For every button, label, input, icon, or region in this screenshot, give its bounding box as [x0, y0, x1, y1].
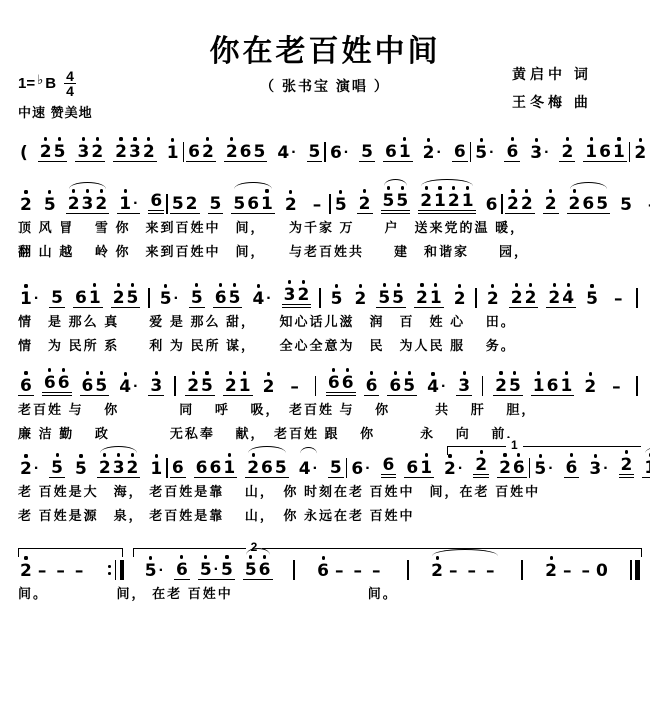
note-group: 4· [297, 454, 320, 478]
octave-dot [425, 186, 428, 189]
octave-dot [243, 371, 246, 374]
octave-dot [335, 284, 338, 287]
note-digit: 6 [240, 143, 252, 161]
thin-bar [521, 560, 523, 580]
note-digit: 1 [150, 460, 162, 478]
note: 6 [209, 453, 223, 477]
note: 6 [384, 137, 398, 161]
note-group: 6 [484, 190, 500, 214]
note: 2 [19, 190, 33, 214]
measure: 622654·5 [186, 137, 322, 162]
octave-dot [229, 371, 232, 374]
note: 2 [201, 137, 215, 161]
octave-dot [458, 284, 461, 287]
octave-dot [566, 137, 569, 140]
note: 5 [220, 555, 234, 579]
note-digit: 5 [229, 289, 241, 307]
note-digit: 1 [430, 289, 442, 307]
note: 6 [43, 368, 57, 392]
thin-bar [636, 288, 638, 308]
note: 5 [391, 283, 405, 307]
octave-dot [86, 189, 89, 192]
note: 2 [544, 189, 558, 213]
note: 5 [395, 186, 409, 210]
note-digit: 2 [187, 377, 199, 395]
octave-dot [41, 556, 44, 559]
note-digit: 2 [548, 289, 560, 307]
barline [519, 560, 525, 580]
note-group: 3· [587, 454, 610, 478]
measure: 5·65·556 [143, 555, 273, 580]
note-digit: 3 [589, 460, 601, 478]
note: 2 [224, 371, 238, 395]
note-group: 5 [618, 190, 634, 214]
octave-dot [535, 138, 538, 141]
note: 2 [419, 186, 433, 210]
note-digit: 1 [89, 289, 101, 307]
note-digit: 2 [431, 562, 443, 580]
measure: 6·5612·6 [328, 137, 468, 162]
octave-dot [103, 453, 106, 456]
note-digit: 2 [91, 143, 103, 161]
note: 6 [388, 371, 402, 395]
note-group: – [284, 372, 305, 396]
octave-dot [313, 137, 316, 140]
note-digit: 5 [586, 290, 598, 308]
note: 5 [144, 556, 158, 580]
octave-dot [411, 453, 414, 456]
note: 2 [633, 138, 647, 162]
note-digit: 6 [330, 144, 342, 162]
note: 2 [544, 556, 558, 580]
note: 2 [520, 189, 534, 213]
octave-dot [584, 556, 587, 559]
note-group: 6· [328, 138, 351, 162]
note-digit: 6 [454, 143, 466, 161]
note-digit: 2 [297, 286, 309, 304]
note: 5 [402, 371, 416, 395]
note: 2 [583, 372, 597, 396]
octave-dot [431, 372, 434, 375]
note: 5 [329, 453, 343, 477]
octave-dot [322, 556, 325, 559]
note-group: 6––– [315, 556, 386, 580]
octave-dot [589, 372, 592, 375]
octave-dot [339, 190, 342, 193]
note-digit: 6 [513, 459, 525, 477]
note-group: 65 [213, 283, 243, 308]
octave-dot [302, 280, 305, 283]
note-group: 6 [170, 453, 186, 478]
augmentation-dot: · [440, 380, 447, 396]
note: – [55, 556, 66, 580]
note-group: 5 [42, 190, 58, 214]
note-digit: 5 [245, 561, 257, 579]
note-group: 3· [528, 138, 551, 162]
repeat-dots [108, 565, 111, 575]
note: 2 [486, 284, 500, 308]
note: 1 [433, 186, 447, 210]
note-group: 3 [456, 371, 472, 396]
barline [634, 288, 640, 308]
note-group: 4· [425, 372, 448, 396]
note-digit: 2 [20, 460, 32, 478]
augmentation-dot: · [132, 380, 139, 396]
barline [628, 560, 640, 580]
note: 5 [94, 371, 108, 395]
note-digit: 2 [448, 192, 460, 210]
note: 2 [114, 137, 128, 161]
octave-dot [389, 137, 392, 140]
note: 4 [561, 283, 575, 307]
thin-bar [315, 376, 317, 396]
octave-dot [155, 186, 158, 189]
note: 6 [329, 138, 343, 162]
octave-dot [458, 137, 461, 140]
note-digit: 6 [599, 143, 611, 161]
octave-dot [155, 454, 158, 457]
octave-dot [257, 284, 260, 287]
octave-dot [334, 453, 337, 456]
octave-dot [511, 137, 514, 140]
note-digit: 5 [191, 289, 203, 307]
note: 5 [334, 190, 348, 214]
note: 5 [199, 555, 213, 579]
lyrics-row: 情 是 那么 真 爱 是 那么 甜， 知心话儿滋 润 百 姓 心 田。 [18, 312, 640, 332]
note-group: 4· [250, 284, 273, 308]
note-group: 32 [282, 280, 312, 308]
octave-dot [470, 556, 473, 559]
note: 4 [276, 138, 290, 162]
note-digit: 2 [285, 196, 297, 214]
note-group: 5· [532, 454, 555, 478]
note-group: 6 [504, 137, 520, 162]
octave-dot [550, 556, 553, 559]
note: 4 [426, 372, 440, 396]
measure: 25212– [185, 371, 305, 396]
note: – [37, 556, 48, 580]
note-group: 5 [189, 283, 205, 308]
note-digit: 6 [261, 459, 273, 477]
octave-dot [265, 453, 268, 456]
octave-dot [117, 453, 120, 456]
augmentation-dot: · [132, 197, 139, 213]
thin-bar [329, 194, 331, 214]
note: 2 [474, 450, 488, 474]
note-group: 66 [326, 368, 356, 396]
staff-system: 252321·65255612–5255212162222655–顶 风 冒 雪… [18, 172, 640, 262]
octave-dot [515, 283, 518, 286]
octave-dot [332, 368, 335, 371]
note-group: 6 [148, 186, 164, 214]
note-digit: 2 [521, 195, 533, 213]
note: 6 [187, 137, 201, 161]
notes-row: (25322321622654·56·5612·65·63·21612–––) [18, 132, 640, 162]
augmentation-dot: · [312, 462, 319, 478]
note-group: 62 [186, 137, 216, 162]
note-digit: 2 [511, 289, 523, 307]
note-digit: 5 [127, 289, 139, 307]
note-group: 65 [80, 371, 110, 396]
octave-dot [205, 371, 208, 374]
note-digit: 5 [396, 192, 408, 210]
note-group: 4· [117, 372, 140, 396]
notes-row: 252321·65255612–5255212162222655– [18, 184, 640, 214]
note-digit: 3 [458, 377, 470, 395]
note-group: 5 [49, 283, 65, 308]
octave-dot [244, 137, 247, 140]
note-digit: 4 [252, 290, 264, 308]
note: 5 [200, 371, 214, 395]
octave-dot [511, 189, 514, 192]
octave-dot [525, 189, 528, 192]
octave-dot [624, 190, 627, 193]
note: 6 [214, 283, 228, 307]
note: 6 [505, 137, 519, 161]
note-digit: 6 [176, 561, 188, 579]
note: 1 [584, 137, 598, 161]
augmentation-dot: · [158, 564, 165, 580]
barline [172, 376, 178, 396]
octave-dot [480, 138, 483, 141]
note: – [353, 556, 364, 580]
octave-dot [78, 556, 81, 559]
lyrics-row: 间。 间， 在老 百姓中 间。 [18, 584, 640, 604]
measure: 2222655– [505, 189, 650, 214]
octave-dot [72, 189, 75, 192]
note-group: 661 [194, 453, 238, 478]
note-digit: 2 [416, 289, 428, 307]
note-digit: – [56, 562, 65, 580]
octave-dot [230, 137, 233, 140]
note-group: 5 [73, 454, 89, 478]
note-digit: 5 [392, 289, 404, 307]
note-digit: – [38, 562, 47, 580]
note-group: 2 [283, 190, 299, 214]
thin-bar [482, 376, 484, 396]
note-group: 22 [509, 283, 539, 308]
note-digit: 1 [644, 459, 650, 477]
measure: 6·6612·226 [349, 450, 526, 478]
note: 5 [474, 138, 488, 162]
barline [405, 560, 411, 580]
note: 2 [524, 283, 538, 307]
note-digit: 5 [160, 290, 172, 308]
measure: 2––– [429, 556, 500, 580]
barline [108, 560, 124, 580]
thin-bar [529, 458, 531, 478]
note: – [562, 556, 573, 580]
note: 3 [283, 280, 297, 304]
octave-dot [176, 189, 179, 192]
note: 5 [171, 189, 185, 213]
note-group: 5 [208, 189, 224, 214]
note-digit: 2 [569, 195, 581, 213]
note: 2 [90, 137, 104, 161]
octave-dot [356, 556, 359, 559]
note: 4 [298, 454, 312, 478]
octave-dot [249, 555, 252, 558]
note-digit: 3 [82, 195, 94, 213]
augmentation-dot: · [547, 462, 554, 478]
measure: 2––– [18, 556, 89, 580]
note: – [289, 372, 300, 396]
note: – [448, 556, 459, 580]
octave-dot [397, 283, 400, 286]
octave-dot [315, 190, 318, 193]
note: 3 [588, 454, 602, 478]
note-digit: 5 [534, 460, 546, 478]
octave-dot [164, 284, 167, 287]
notes-row: 22–––5·65·5566–––2–––2––0 [18, 550, 640, 580]
note: 2 [415, 283, 429, 307]
note: 5 [43, 190, 57, 214]
note-digit: ( [20, 144, 28, 162]
note-group: 2 [357, 189, 373, 214]
note-digit: 0 [596, 562, 608, 580]
note: 6 [512, 453, 526, 477]
measure: 1·56125 [18, 283, 140, 308]
barline [480, 376, 486, 396]
note: 5 [330, 284, 344, 308]
octave-dot [293, 372, 296, 375]
measure: 2––0 [543, 556, 610, 580]
octave-dot [590, 284, 593, 287]
octave-dot [387, 186, 390, 189]
note-digit: 2 [454, 290, 466, 308]
lyrics-row: 老百姓 与 你 同 呼 吸， 老百姓 与 你 共 肝 胆， [18, 400, 640, 420]
note-digit: 2 [423, 144, 435, 162]
octave-dot [204, 555, 207, 558]
octave-dot [288, 280, 291, 283]
repeat-dot [108, 565, 111, 568]
thin-bar [115, 560, 117, 580]
octave-dot [567, 283, 570, 286]
note-digit: 2 [507, 195, 519, 213]
octave-dot [149, 556, 152, 559]
barline [291, 560, 297, 580]
note: – [613, 284, 624, 308]
note: 5 [53, 137, 67, 161]
note: 6 [57, 368, 71, 392]
note: 3 [529, 138, 543, 162]
octave-dot [258, 137, 261, 140]
octave-dot [303, 454, 306, 457]
octave-dot [190, 189, 193, 192]
note-group: 2121 [418, 186, 475, 214]
note-group: – [606, 372, 627, 396]
note: 6 [453, 137, 467, 161]
note: 2 [186, 371, 200, 395]
note-group: 161 [531, 371, 575, 396]
note-group: 22 [505, 189, 535, 214]
octave-dot [171, 138, 174, 141]
note-group: 2––– [18, 556, 89, 580]
barline [634, 376, 640, 396]
note-digit: 2 [263, 378, 275, 396]
note: 2 [447, 186, 461, 210]
note-digit: 2 [621, 456, 633, 474]
octave-dot [44, 137, 47, 140]
note-digit: 2 [354, 290, 366, 308]
note-group: 5· [158, 284, 181, 308]
note-group: 5 [333, 190, 349, 214]
note-group: 2 [473, 450, 489, 478]
note-digit: 6 [389, 377, 401, 395]
note-group: 2 [543, 189, 559, 214]
octave-dot [267, 372, 270, 375]
note: 6 [598, 137, 612, 161]
octave-dot [594, 454, 597, 457]
octave-dot [553, 283, 556, 286]
octave-dot [617, 284, 620, 287]
note-digit: 2 [20, 196, 32, 214]
note-digit: 6 [210, 459, 222, 477]
note-group: 6 [174, 555, 190, 580]
note-digit: – [614, 290, 623, 308]
octave-dot [549, 189, 552, 192]
thin-bar [346, 458, 348, 478]
note: 6 [581, 189, 595, 213]
octave-dot [365, 137, 368, 140]
note: – [467, 556, 478, 580]
measure: 6––– [315, 556, 386, 580]
thin-bar [148, 288, 150, 308]
note-group: 25 [493, 371, 523, 396]
note-digit: 6 [406, 459, 418, 477]
octave-dot [537, 371, 540, 374]
note-digit: 6 [150, 192, 162, 210]
note-digit: 3 [284, 286, 296, 304]
note: 6 [260, 453, 274, 477]
note-digit: 1 [20, 290, 32, 308]
octave-dot [617, 137, 620, 140]
note: 1 [19, 284, 33, 308]
octave-dot [573, 189, 576, 192]
augmentation-dot: · [343, 146, 350, 162]
note: 6 [405, 453, 419, 477]
note-digit: – [563, 562, 572, 580]
octave-dot [86, 371, 89, 374]
note-digit: 2 [113, 289, 125, 307]
octave-dot [359, 284, 362, 287]
note-group: – [608, 284, 629, 308]
note-digit: 6 [385, 143, 397, 161]
note-digit: – [449, 562, 458, 580]
measure: 5·63·2161 [532, 450, 650, 478]
note-group: 2 [619, 450, 635, 478]
note-group: 232 [113, 137, 157, 162]
octave-dot [438, 186, 441, 189]
note: 1 [643, 453, 650, 477]
note-digit: 5 [275, 459, 287, 477]
octave-dot [466, 186, 469, 189]
octave-dot [403, 137, 406, 140]
note-digit: 6 [486, 196, 498, 214]
octave-dot [463, 371, 466, 374]
thin-bar [174, 376, 176, 396]
note-digit: 1 [434, 192, 446, 210]
note-digit: 6 [215, 289, 227, 307]
note: 5 [209, 189, 223, 213]
note-digit: 5 [361, 143, 373, 161]
note-group: 2 [582, 372, 598, 396]
note: 2 [422, 138, 436, 162]
note: 2 [547, 283, 561, 307]
note: 6 [350, 454, 364, 478]
measure: 666654·3 [18, 368, 164, 396]
note-group: ( [18, 138, 30, 162]
